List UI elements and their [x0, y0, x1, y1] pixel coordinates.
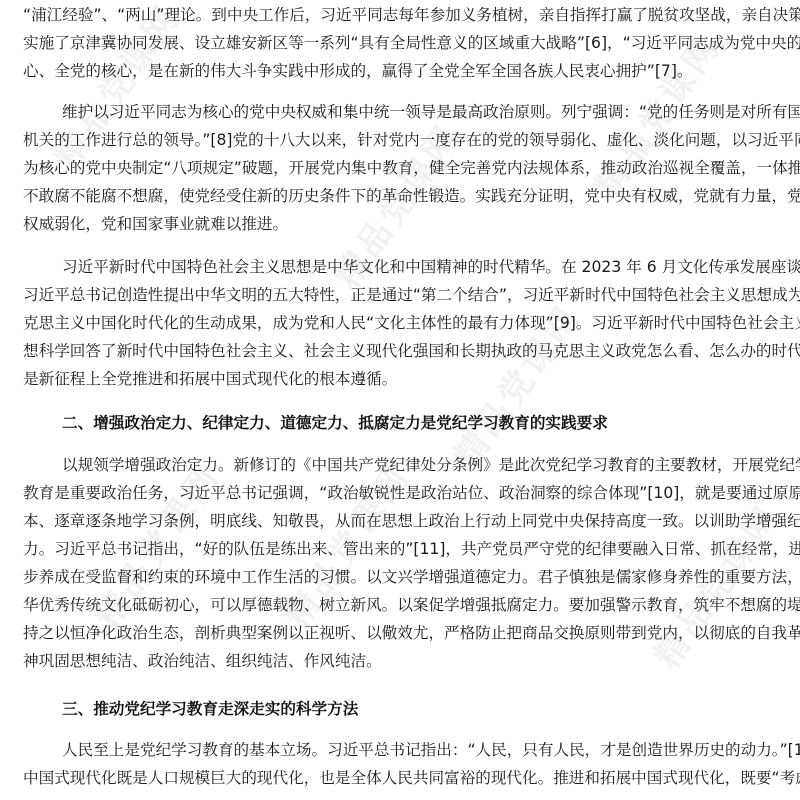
- section-heading-3: 三、推动党纪学习教育走深走实的科学方法: [62, 695, 358, 723]
- text-line: 习近平新时代中国特色社会主义思想是中华文化和中国精神的时代精华。在 2023 年…: [62, 253, 779, 281]
- text-line: 本、逐章逐条地学习条例，明底线、知敬畏，从而在思想上政治上行动上同党中央保持高度…: [23, 507, 779, 535]
- text-line: 华优秀传统文化砥砺初心，可以厚德载物、树立新风。以案促学增强抵腐定力。要加强警示…: [23, 591, 779, 619]
- text-line: 步养成在受监督和约束的环境中工作生活的习惯。以文兴学增强道德定力。君子慎独是儒家…: [23, 563, 779, 591]
- text-line: 神巩固思想纯洁、政治纯洁、组织纯洁、作风纯洁。: [23, 647, 779, 675]
- text-line: 力。习近平总书记指出，“好的队伍是练出来、管出来的”[11]，共产党员严守党的纪…: [23, 535, 779, 563]
- text-line: 以规领学增强政治定力。新修订的《中国共产党纪律处分条例》是此次党纪学习教育的主要…: [62, 451, 779, 479]
- text-line: 实施了京津冀协同发展、设立雄安新区等一系列“具有全局性意义的区域重大战略”[6]…: [23, 29, 779, 57]
- text-line: 机关的工作进行总的领导。”[8]党的十八大以来，针对党内一度存在的党的领导弱化、…: [23, 126, 779, 154]
- text-line: 中国式现代化既是人口规模巨大的现代化，也是全体人民共同富裕的现代化。推进和拓展中…: [23, 764, 779, 792]
- text-line: 维护以习近平同志为核心的党中央权威和集中统一领导是最高政治原则。列宁强调：“党的…: [62, 98, 779, 126]
- text-line: 心、全党的核心，是在新的伟大斗争实践中形成的，赢得了全党全军全国各族人民衷心拥护…: [23, 57, 779, 85]
- text-line: 持之以恒净化政治生态，剖析典型案例以正视听、以儆效尤，严格防止把商品交换原则带到…: [23, 619, 779, 647]
- text-line: 克思主义中国化时代化的生动成果，成为党和人民“文化主体性的最有力体现”[9]。习…: [23, 309, 779, 337]
- text-line: 为核心的党中央制定“八项规定”破题，开展党内集中教育，健全完善党内法规体系，推动…: [23, 154, 779, 182]
- text-line: 是新征程上全党推进和拓展中国式现代化的根本遵循。: [23, 365, 779, 393]
- text-line: “浦江经验”、“两山”理论。到中央工作后，习近平同志每年参加义务植树，亲自指挥打…: [23, 1, 779, 29]
- text-line: 教育是重要政治任务，习近平总书记强调，“政治敏锐性是政治站位、政治洞察的综合体现…: [23, 479, 779, 507]
- text-line: 想科学回答了新时代中国特色社会主义、社会主义现代化强国和长期执政的马克思主义政党…: [23, 337, 779, 365]
- section-heading-2: 二、增强政治定力、纪律定力、道德定力、抵腐定力是党纪学习教育的实践要求: [62, 409, 608, 437]
- text-line: 不敢腐不能腐不想腐，使党经受住新的历史条件下的革命性锻造。实践充分证明，党中央有…: [23, 182, 779, 210]
- text-line: 权威弱化，党和国家事业就难以推进。: [23, 210, 779, 238]
- text-line: 人民至上是党纪学习教育的基本立场。习近平总书记指出：“人民，只有人民，才是创造世…: [62, 736, 779, 764]
- text-line: 习近平总书记创造性提出中华文明的五大特性，正是通过“第二个结合”，习近平新时代中…: [23, 281, 779, 309]
